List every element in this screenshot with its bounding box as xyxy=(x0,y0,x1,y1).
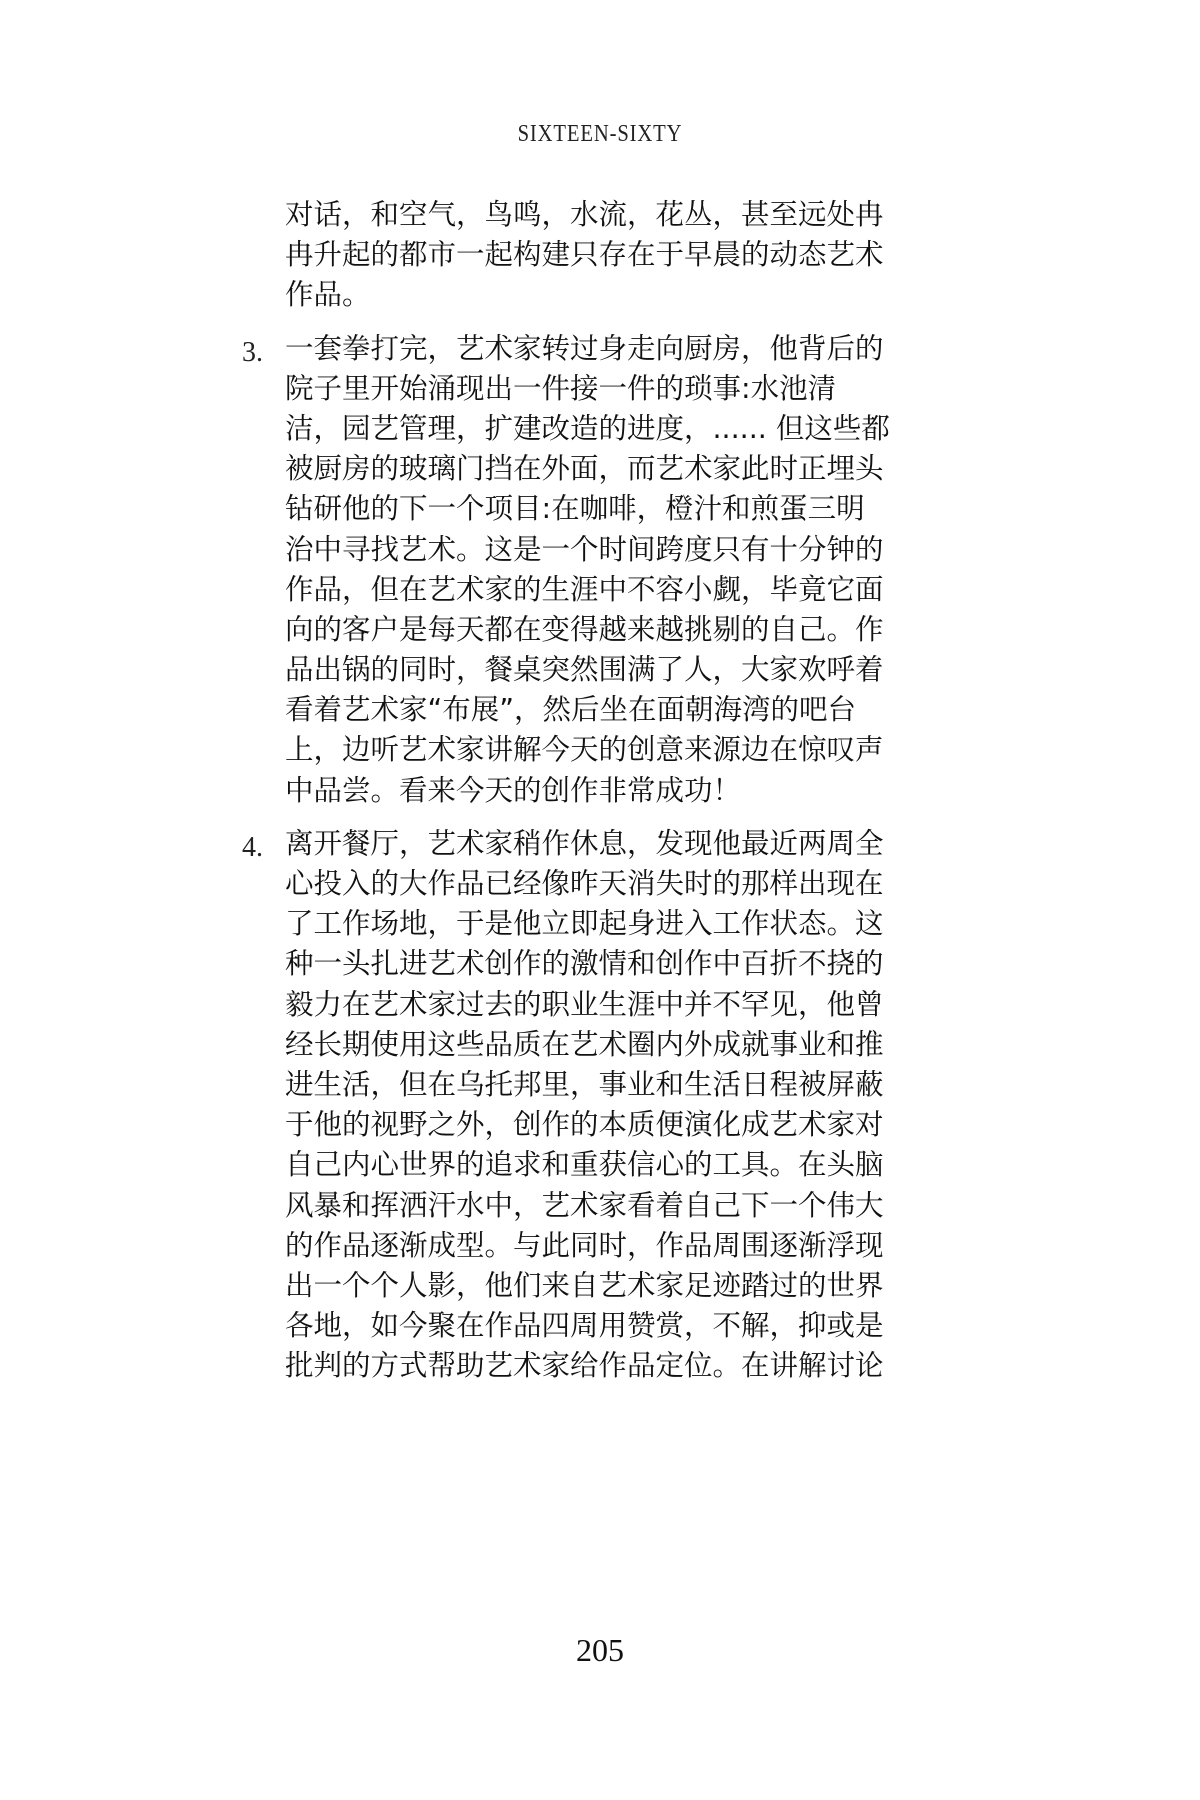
text-line: 风暴和挥洒汗水中，艺术家看着自己下一个伟大 xyxy=(285,1186,875,1226)
text-line: 种一头扎进艺术创作的激情和创作中百折不挠的 xyxy=(285,944,875,984)
text-line: 的作品逐渐成型。与此同时，作品周围逐渐浮现 xyxy=(285,1226,875,1266)
text-line: 毅力在艺术家过去的职业生涯中并不罕见，他曾 xyxy=(285,985,875,1025)
text-line: 了工作场地，于是他立即起身进入工作状态。这 xyxy=(285,904,875,944)
text-line: 中品尝。看来今天的创作非常成功！ xyxy=(285,771,875,811)
text-line: 洁，园艺管理，扩建改造的进度，...... 但这些都 xyxy=(285,409,875,449)
text-line: 对话，和空气，鸟鸣，水流，花丛，甚至远处冉 xyxy=(285,195,875,235)
text-line: 各地，如今聚在作品四周用赞赏，不解，抑或是 xyxy=(285,1306,875,1346)
text-line: 进生活，但在乌托邦里，事业和生活日程被屏蔽 xyxy=(285,1065,875,1105)
text-line: 心投入的大作品已经像昨天消失时的那样出现在 xyxy=(285,864,875,904)
list-item-number: 4. xyxy=(242,828,263,868)
text-line: 被厨房的玻璃门挡在外面，而艺术家此时正埋头 xyxy=(285,449,875,489)
body-text: 对话，和空气，鸟鸣，水流，花丛，甚至远处冉 冉升起的都市一起构建只存在于早晨的动… xyxy=(285,195,875,1386)
text-line: 院子里开始涌现出一件接一件的琐事:水池清 xyxy=(285,369,875,409)
running-head: SIXTEEN-SIXTY xyxy=(84,121,1116,148)
text-line: 自己内心世界的追求和重获信心的工具。在头脑 xyxy=(285,1145,875,1185)
book-page: SIXTEEN-SIXTY 对话，和空气，鸟鸣，水流，花丛，甚至远处冉 冉升起的… xyxy=(0,0,1200,1800)
text-line: 一套拳打完，艺术家转过身走向厨房，他背后的 xyxy=(285,329,875,369)
text-line: 作品。 xyxy=(285,275,875,315)
text-line: 离开餐厅，艺术家稍作休息，发现他最近两周全 xyxy=(285,824,875,864)
text-line: 冉升起的都市一起构建只存在于早晨的动态艺术 xyxy=(285,235,875,275)
text-line: 钻研他的下一个项目:在咖啡，橙汁和煎蛋三明 xyxy=(285,489,875,529)
list-item-3: 3. 一套拳打完，艺术家转过身走向厨房，他背后的 院子里开始涌现出一件接一件的琐… xyxy=(285,329,875,811)
text-line: 看着艺术家“布展”，然后坐在面朝海湾的吧台 xyxy=(285,690,875,730)
text-line: 品出锅的同时，餐桌突然围满了人，大家欢呼着 xyxy=(285,650,875,690)
text-line: 向的客户是每天都在变得越来越挑剔的自己。作 xyxy=(285,610,875,650)
text-line: 于他的视野之外，创作的本质便演化成艺术家对 xyxy=(285,1105,875,1145)
text-line: 经长期使用这些品质在艺术圈内外成就事业和推 xyxy=(285,1025,875,1065)
continued-paragraph: 对话，和空气，鸟鸣，水流，花丛，甚至远处冉 冉升起的都市一起构建只存在于早晨的动… xyxy=(285,195,875,316)
list-item-4: 4. 离开餐厅，艺术家稍作休息，发现他最近两周全 心投入的大作品已经像昨天消失时… xyxy=(285,824,875,1387)
text-line: 治中寻找艺术。这是一个时间跨度只有十分钟的 xyxy=(285,530,875,570)
text-line: 作品，但在艺术家的生涯中不容小觑，毕竟它面 xyxy=(285,570,875,610)
text-line: 出一个个人影，他们来自艺术家足迹踏过的世界 xyxy=(285,1266,875,1306)
text-line: 批判的方式帮助艺术家给作品定位。在讲解讨论 xyxy=(285,1346,875,1386)
list-item-number: 3. xyxy=(242,333,263,373)
page-number: 205 xyxy=(0,1632,1200,1669)
text-line: 上，边听艺术家讲解今天的创意来源边在惊叹声 xyxy=(285,730,875,770)
